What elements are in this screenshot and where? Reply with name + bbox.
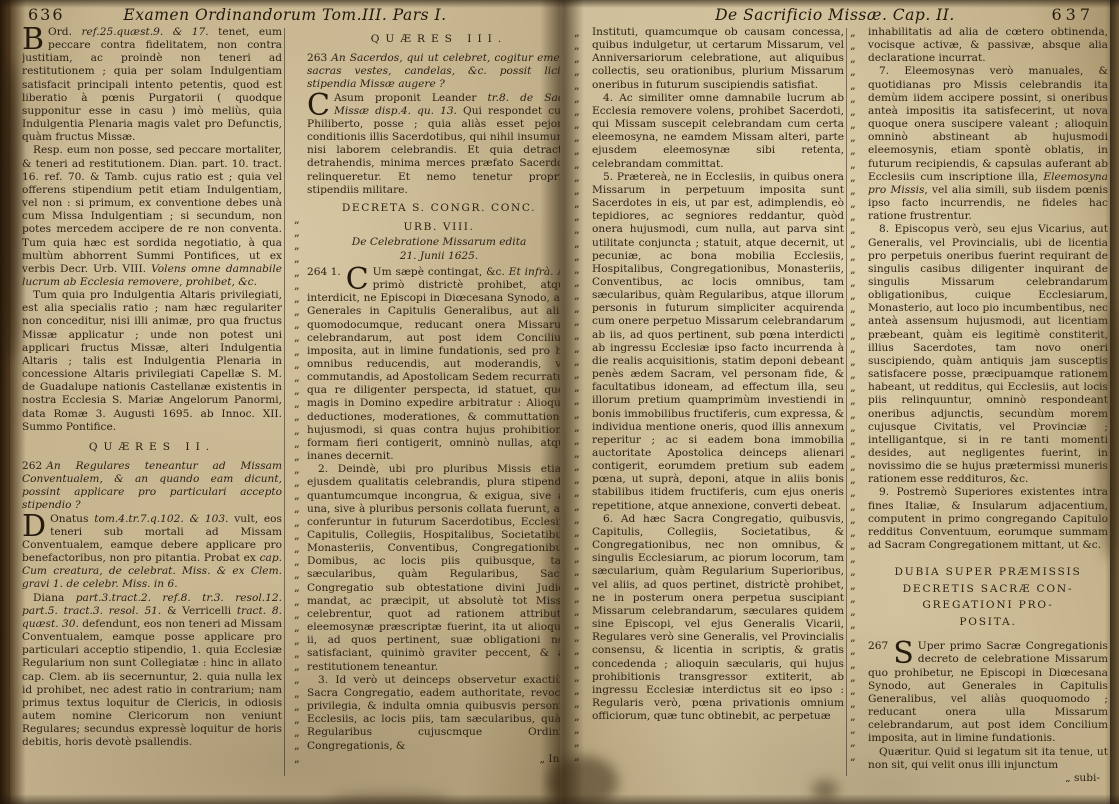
paragraph: inhabilitatis ad alia de cœtero obtinend… <box>868 26 1108 65</box>
paragraph: 5. Prætereà, ne in Ecclesiis, in quibus … <box>592 171 844 513</box>
section-heading-quaeres-2: QUÆRES II. <box>22 441 282 454</box>
page-right: De Sacrificio Missæ. Cap. II. 637 „ „ „ … <box>560 0 1110 804</box>
paragraph: Instituti, quamcumque ob causam concessa… <box>592 26 844 92</box>
decreta-heading: DECRETA S. CONGR. CONC. <box>307 201 571 216</box>
paragraph: 9. Postremò Superiores existentes intra … <box>868 486 1108 552</box>
bottom-edge-shadow <box>0 794 1119 804</box>
page-left: 636 Examen Ordinandorum Tom.III. Pars I.… <box>10 0 560 804</box>
paragraph: Diana part.3.tract.2. ref.8. tr.3. resol… <box>22 592 282 750</box>
paragraph: 7. Eleemosynas verò manuales, & quotidia… <box>868 65 1108 223</box>
decreta-subtitle: De Celebratione Missarum edita <box>307 235 571 249</box>
item-number: 267 <box>868 640 888 653</box>
column-text: inhabilitatis ad alia de cœtero obtinend… <box>868 26 1108 782</box>
quote-marks-gutter: „ „ „ „ „ „ „ „ „ „ „ „ „ „ „ „ „ „ „ „ … <box>850 26 856 763</box>
decreta-date: 21. Junii 1625. <box>307 249 571 263</box>
query-263: 263An Sacerdos, qui ut celebret, cogitur… <box>307 52 571 91</box>
column-divider-right-page <box>846 28 847 776</box>
paragraph: Tum quia pro Indulgentia Altaris privile… <box>22 289 282 434</box>
catchword: „ In- <box>307 753 571 766</box>
paragraph: 2. Deindè, ubi pro pluribus Missis etiam… <box>307 463 571 674</box>
paragraph: Resp. eum non posse, sed peccare mortali… <box>22 144 282 289</box>
decreta-heading-line2: URB. VIII. <box>307 220 571 235</box>
dubia-heading: DUBIA SUPER PRÆMISSISDECRETIS SACRÆ CON-… <box>868 564 1108 630</box>
book-scan: 636 Examen Ordinandorum Tom.III. Pars I.… <box>0 0 1119 804</box>
paragraph: BOrd. ref.25.quæst.9. & 17. tenet, eum p… <box>22 26 282 144</box>
drop-cap: C <box>307 92 334 118</box>
paragraph: Quæritur. Quid si legatum sit ita tenue,… <box>868 746 1108 772</box>
paragraph: 3. Id verò ut deinceps observetur exacti… <box>307 674 571 753</box>
top-edge-shadow <box>0 0 1119 8</box>
paragraph: 8. Episcopus verò, seu ejus Vicarius, au… <box>868 223 1108 486</box>
item-number: 264 1. <box>307 266 341 279</box>
book-binding-shadow <box>0 0 26 804</box>
drop-cap: D <box>22 513 50 539</box>
column-text: Instituti, quamcumque ob causam concessa… <box>592 26 844 723</box>
running-title-right: De Sacrificio Missæ. Cap. II. <box>560 6 1110 24</box>
paragraph: DOnatus tom.4.tr.7.q.102. & 103. vult, e… <box>22 513 282 592</box>
page-edge-shadow <box>1105 0 1119 804</box>
section-heading-quaeres-3: QUÆRES III. <box>307 33 571 46</box>
paragraph: 6. Ad hæc Sacra Congregatio, quibusvis, … <box>592 513 844 724</box>
column-3: „ „ „ „ „ „ „ „ „ „ „ „ „ „ „ „ „ „ „ „ … <box>574 26 844 782</box>
drop-cap: C <box>346 266 373 292</box>
drop-cap: S <box>893 640 918 666</box>
query-262: 262An Regulares teneantur ad Missam Conv… <box>22 460 282 513</box>
column-2: „ „ „ „ „ „ „ „ „ „ „ „ „ „ „ „ „ „ „ „ … <box>294 26 571 782</box>
quote-marks-gutter: „ „ „ „ „ „ „ „ „ „ „ „ „ „ „ „ „ „ „ „ … <box>294 213 300 766</box>
column-divider-left-page <box>284 28 285 776</box>
catchword: „ subi- <box>868 772 1108 782</box>
running-title-left: Examen Ordinandorum Tom.III. Pars I. <box>10 6 560 24</box>
page-gutter-shadow <box>540 0 584 804</box>
paragraph: 264 1.CUm sæpè contingat, &c. Et infrà. … <box>307 266 571 463</box>
paragraph: CAsum proponit Leander tr.8. de Sacr. Mi… <box>307 92 571 197</box>
column-4: „ „ „ „ „ „ „ „ „ „ „ „ „ „ „ „ „ „ „ „ … <box>850 26 1108 782</box>
column-1: BOrd. ref.25.quæst.9. & 17. tenet, eum p… <box>22 26 282 782</box>
paragraph: 267SUper primo Sacræ Congregationis decr… <box>868 640 1108 745</box>
paragraph: 4. Ac similiter omne damnabile lucrum ab… <box>592 92 844 171</box>
